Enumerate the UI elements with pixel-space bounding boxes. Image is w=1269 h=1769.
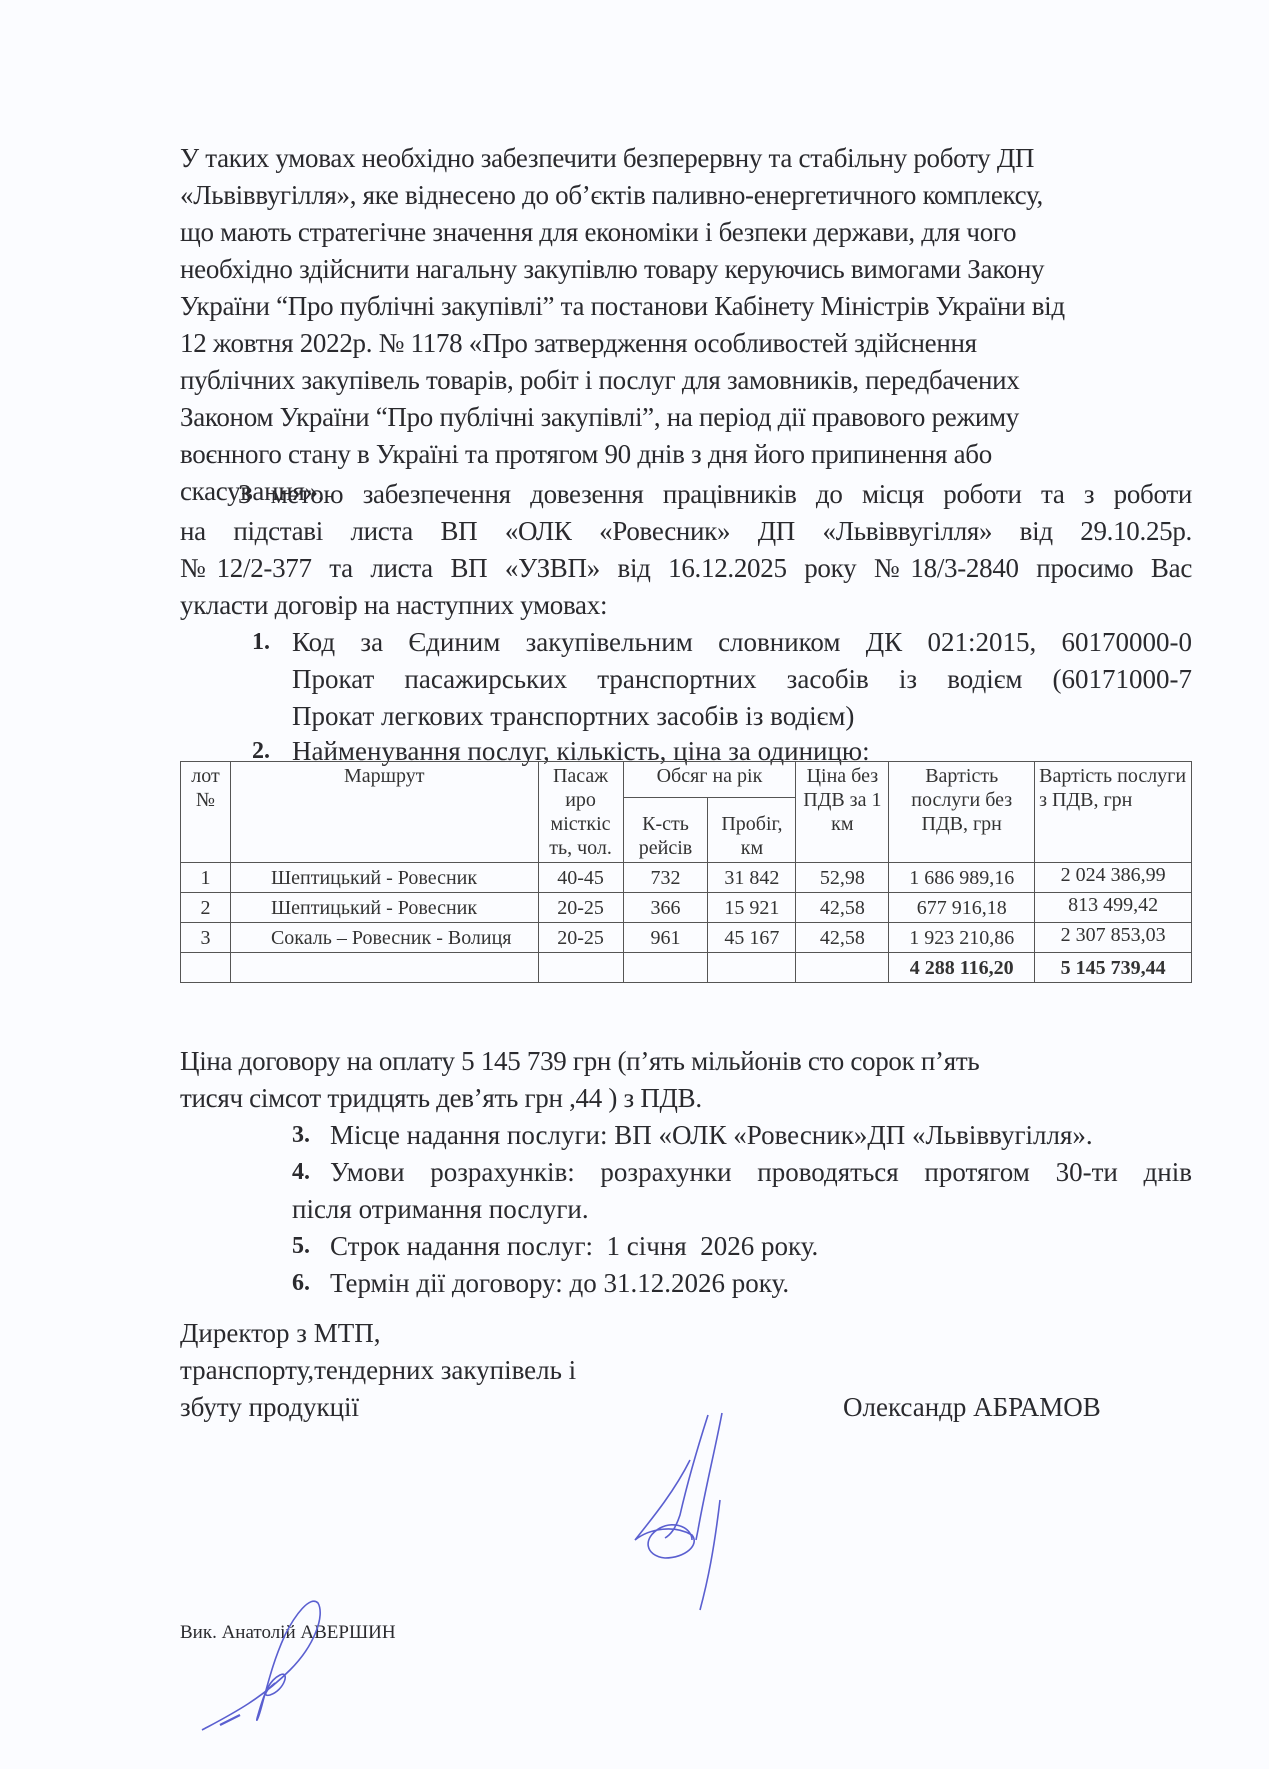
empty-cell	[708, 953, 796, 983]
header-lot: лот №	[181, 762, 231, 863]
cell-cost-vat: 813 499,42	[1035, 893, 1192, 923]
cell-cost-no-vat: 677 916,18	[889, 893, 1035, 923]
header-trips: К-сть рейсів	[623, 797, 708, 862]
cell-lot: 3	[181, 923, 231, 953]
purpose-paragraph: З метою забезпечення довезення працівник…	[180, 476, 1192, 624]
total-cost-no-vat: 4 288 116,20	[889, 953, 1035, 983]
cell-trips: 732	[623, 863, 708, 893]
term-number: 4.	[292, 1154, 310, 1191]
cell-cost-no-vat: 1 923 210,86	[889, 923, 1035, 953]
text-line: на підставі листа ВП «ОЛК «Ровесник» ДП …	[180, 513, 1192, 550]
cell-price-per-km: 52,98	[796, 863, 889, 893]
text-line: Ціна договору на оплату 5 145 739 грн (п…	[180, 1043, 1180, 1080]
executor-signature	[200, 1575, 330, 1745]
cell-route: Сокаль – Ровесник - Волиця	[230, 923, 538, 953]
document-page: У таких умовах необхідно забезпечити без…	[0, 0, 1269, 1769]
text-line: Умови розрахунків: розрахунки проводятьс…	[330, 1154, 1192, 1191]
text-line: У таких умовах необхідно забезпечити без…	[180, 140, 1180, 177]
header-route: Маршрут	[230, 762, 538, 863]
text-line: 12 жовтня 2022р. № 1178 «Про затвердженн…	[180, 325, 1180, 362]
header-cost-no-vat: Вартість послуги без ПДВ, грн	[889, 762, 1035, 863]
text-line: що мають стратегічне значення для економ…	[180, 214, 1180, 251]
signatory-name: Олександр АБРАМОВ	[843, 1389, 1101, 1426]
text-line: Прокат легкових транспортних засобів із …	[292, 698, 1192, 735]
handwritten-signature	[630, 1410, 750, 1610]
text-line: після отримання послуги.	[292, 1191, 589, 1228]
text-line: Законом України “Про публічні закупівлі”…	[180, 399, 1180, 436]
cell-capacity: 20-25	[538, 893, 623, 923]
text-line: Термін дії договору: до 31.12.2026 року.	[330, 1265, 1180, 1302]
empty-cell	[623, 953, 708, 983]
empty-cell	[181, 953, 231, 983]
cell-price-per-km: 42,58	[796, 923, 889, 953]
header-capacity: Пасаж иро місткіс ть, чол.	[538, 762, 623, 863]
text-line: тисяч сімсот тридцять дев’ять грн ,44 ) …	[180, 1080, 1180, 1117]
cell-trips: 961	[623, 923, 708, 953]
cell-cost-vat: 2 307 853,03	[1035, 923, 1192, 953]
cell-capacity: 20-25	[538, 923, 623, 953]
text-line: Місце надання послуги: ВП «ОЛК «Ровесник…	[330, 1117, 1192, 1154]
table-row: 2Шептицький - Ровесник20-2536615 92142,5…	[181, 893, 1192, 923]
text-line: «Львіввугілля», яке віднесено до об’єкті…	[180, 177, 1180, 214]
cell-lot: 2	[181, 893, 231, 923]
text-line: Код за Єдиним закупівельним словником ДК…	[292, 624, 1192, 661]
term-number: 6.	[292, 1265, 310, 1302]
signatory-position: Директор з МТП, транспорту,тендерних зак…	[180, 1315, 576, 1426]
cell-mileage: 45 167	[708, 923, 796, 953]
cell-route: Шептицький - Ровесник	[230, 863, 538, 893]
intro-paragraph: У таких умовах необхідно забезпечити без…	[180, 140, 1180, 510]
cell-trips: 366	[623, 893, 708, 923]
text-line: укласти договір на наступних умовах:	[180, 587, 1192, 624]
cell-price-per-km: 42,58	[796, 893, 889, 923]
header-cost-vat: Вартість послуги з ПДВ, грн	[1035, 762, 1192, 863]
text-line: необхідно здійснити нагальну закупівлю т…	[180, 251, 1180, 288]
cell-capacity: 40-45	[538, 863, 623, 893]
text-line: З метою забезпечення довезення працівник…	[180, 476, 1192, 513]
services-table: лот № Маршрут Пасаж иро місткіс ть, чол.…	[180, 761, 1192, 983]
term-number: 3.	[292, 1117, 310, 1154]
term-number: 1.	[252, 624, 270, 661]
cell-route: Шептицький - Ровесник	[230, 893, 538, 923]
header-price-per-km: Ціна без ПДВ за 1 км	[796, 762, 889, 863]
cell-mileage: 31 842	[708, 863, 796, 893]
empty-cell	[796, 953, 889, 983]
text-line: Прокат пасажирських транспортних засобів…	[292, 661, 1192, 698]
text-line: України “Про публічні закупівлі” та пост…	[180, 288, 1180, 325]
table-row: 3Сокаль – Ровесник - Волиця20-2596145 16…	[181, 923, 1192, 953]
table-row: 1Шептицький - Ровесник40-4573231 84252,9…	[181, 863, 1192, 893]
text-line: воєнного стану в Україні та протягом 90 …	[180, 436, 1180, 473]
header-mileage: Пробіг, км	[708, 797, 796, 862]
table-total-row: 4 288 116,205 145 739,44	[181, 953, 1192, 983]
term-number: 5.	[292, 1228, 310, 1265]
total-cost-vat: 5 145 739,44	[1035, 953, 1192, 983]
header-volume: Обсяг на рік	[623, 762, 796, 798]
cell-cost-vat: 2 024 386,99	[1035, 863, 1192, 893]
cell-mileage: 15 921	[708, 893, 796, 923]
text-line: публічних закупівель товарів, робіт і по…	[180, 362, 1180, 399]
text-line: №12/2-377 та листа ВП «УЗВП» від 16.12.2…	[180, 550, 1192, 587]
empty-cell	[230, 953, 538, 983]
empty-cell	[538, 953, 623, 983]
cell-cost-no-vat: 1 686 989,16	[889, 863, 1035, 893]
text-line: Строк надання послуг: 1 січня 2026 року.	[330, 1228, 1180, 1265]
contract-price-paragraph: Ціна договору на оплату 5 145 739 грн (п…	[180, 1043, 1180, 1117]
cell-lot: 1	[181, 863, 231, 893]
